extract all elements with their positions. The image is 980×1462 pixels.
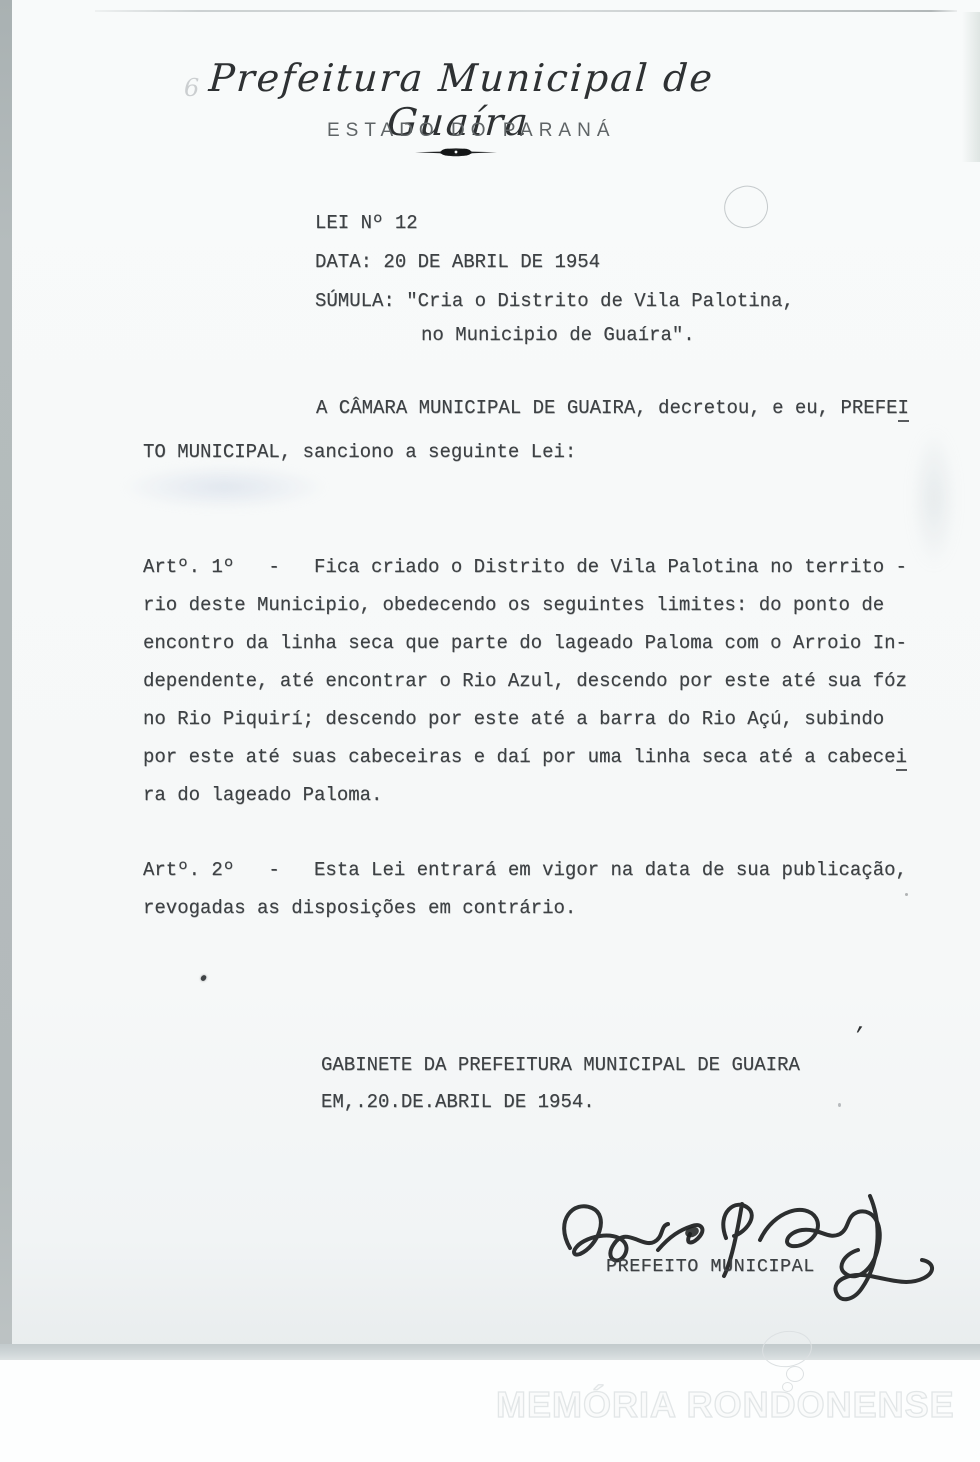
article1-line-4: dependente, até encontrar o Rio Azul, de… xyxy=(143,670,907,692)
preamble-continuation-underline: I xyxy=(898,397,909,422)
letterhead-state-line: ESTADO DO PARANÁ xyxy=(327,120,616,142)
spindle-divider-icon xyxy=(414,145,498,159)
preamble-line-2: TO MUNICIPAL, sanciono a seguinte Lei: xyxy=(143,441,576,463)
pencil-numeral-mark: 6 xyxy=(184,74,199,102)
law-sumula-line-2: no Municipio de Guaíra". xyxy=(421,324,695,346)
signer-role-label: PREFEITO MUNICIPAL xyxy=(606,1256,815,1278)
article1-line-6: por este até suas cabeceiras e daí por u… xyxy=(143,746,907,768)
article2-line-1: Artº. 2º - Esta Lei entrará em vigor na … xyxy=(143,859,907,881)
watermark-text: MEMÓRIA RONDONENSE xyxy=(496,1384,955,1426)
paper-speck xyxy=(905,893,908,896)
paper-right-edge xyxy=(962,12,980,162)
article1-line-1: Artº. 1º - Fica criado o Distrito de Vil… xyxy=(143,556,907,578)
article1-line-2: rio deste Municipio, obedecendo os segui… xyxy=(143,594,884,616)
handwritten-signature-icon xyxy=(540,1176,944,1316)
paper-bottom-edge-shadow xyxy=(0,1344,980,1360)
thought-bubble-mid-circle-icon xyxy=(786,1366,804,1382)
preamble-line-1: A CÂMARA MUNICIPAL DE GUAIRA, decretou, … xyxy=(316,397,909,419)
law-sumula-line-1: SÚMULA: "Cria o Distrito de Vila Palotin… xyxy=(315,290,794,312)
article1-line-6-text: por este até suas cabeceiras e daí por u… xyxy=(143,746,896,768)
scanner-edge-left xyxy=(0,0,12,1359)
scanned-document-page: Prefeitura Municipal de Guaíra ESTADO DO… xyxy=(0,0,980,1462)
smudge-stain-right xyxy=(912,428,956,568)
article1-continuation-underline: i xyxy=(896,746,907,771)
smudge-stain-left xyxy=(122,464,327,510)
paper-top-edge xyxy=(95,10,957,12)
law-number-line: LEI Nº 12 xyxy=(315,212,418,234)
paper-speck-2 xyxy=(838,1103,841,1107)
preamble-line-1-text: A CÂMARA MUNICIPAL DE GUAIRA, decretou, … xyxy=(316,397,898,419)
law-date-line: DATA: 20 DE ABRIL DE 1954 xyxy=(315,251,600,273)
closing-line-2: EM,.20.DE.ABRIL DE 1954. xyxy=(321,1091,595,1113)
article1-line-3: encontro da linha seca que parte do lage… xyxy=(143,632,907,654)
article1-line-5: no Rio Piquirí; descendo por este até a … xyxy=(143,708,884,730)
closing-line-1: GABINETE DA PREFEITURA MUNICIPAL DE GUAI… xyxy=(321,1054,800,1076)
article2-line-2: revogadas as disposições em contrário. xyxy=(143,897,576,919)
article1-line-7: ra do lageado Paloma. xyxy=(143,784,382,806)
